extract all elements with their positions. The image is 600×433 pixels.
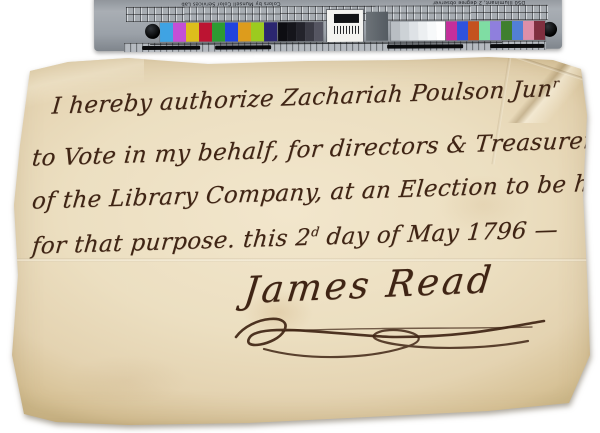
color-patch [199, 23, 212, 42]
color-calibration-bar: Colors by Munsell Color Services Lab D50… [94, 0, 562, 51]
color-patch [418, 21, 427, 40]
ruler-black-segment [215, 45, 271, 49]
color-patch [436, 21, 445, 40]
color-patch [186, 23, 199, 42]
color-patch [305, 22, 314, 41]
color-patch [225, 22, 238, 41]
manuscript-paper-wrap: I hereby authorize Zachariah Poulson Jun… [8, 55, 594, 427]
color-patch [212, 23, 225, 42]
gray-ramp-dark [278, 22, 323, 41]
color-patch-group-right [446, 21, 545, 41]
color-patch [523, 21, 534, 40]
manuscript-paper: I hereby authorize Zachariah Poulson Jun… [8, 55, 594, 427]
signature-flourish [222, 307, 554, 365]
color-patch [501, 21, 512, 40]
color-patch [251, 22, 264, 41]
color-patch [296, 22, 305, 41]
gray-ramp-light [391, 21, 445, 40]
color-patch [173, 23, 186, 42]
superscript [595, 127, 596, 142]
color-patch [512, 21, 523, 40]
color-patch-group-left [160, 22, 277, 42]
color-patch [534, 21, 545, 40]
color-patch [314, 22, 323, 41]
color-patch [160, 23, 173, 42]
color-patch [400, 22, 409, 41]
micro-scale [334, 26, 359, 34]
color-patch [287, 22, 296, 41]
superscript: r [552, 75, 559, 90]
color-patch [391, 22, 400, 41]
grayscale-wedge-panel [327, 10, 363, 42]
scanned-document-image: Colors by Munsell Color Services Lab D50… [0, 0, 600, 433]
ruler-black-segment [142, 46, 200, 50]
color-patch [468, 21, 479, 40]
paper-crease [8, 258, 594, 262]
density-bar [334, 14, 359, 23]
color-patch [479, 21, 490, 40]
color-patch [457, 21, 468, 40]
color-patch [490, 21, 501, 40]
color-patch [409, 22, 418, 41]
punch-hole [145, 24, 160, 39]
color-patch [264, 22, 277, 41]
color-patch [238, 22, 251, 41]
color-patch [446, 21, 457, 40]
ruler-black-segment [387, 44, 463, 48]
line-text [593, 128, 595, 154]
color-patch [278, 22, 287, 41]
gray-reference-block [366, 12, 388, 41]
color-patch [427, 21, 436, 40]
paper-stain [68, 355, 188, 405]
ruler-black-segment [490, 44, 544, 48]
